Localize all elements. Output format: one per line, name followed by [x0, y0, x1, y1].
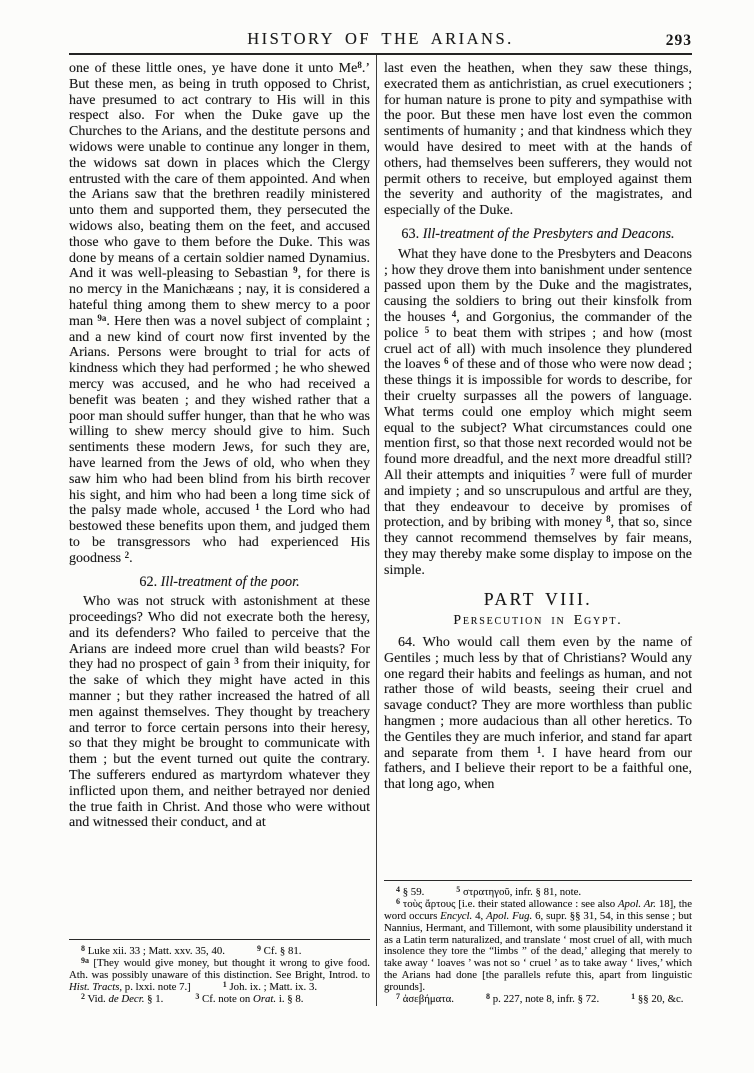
left-footnotes: 8 Luke xii. 33 ; Matt. xxv. 35, 40.9 Cf.…: [69, 939, 370, 1006]
paragraph-section-62: Who was not struck with astonishment at …: [69, 594, 370, 831]
section-title: Ill-treatment of the poor.: [161, 574, 300, 590]
footnote: 7 ἀσεβήματα.8 p. 227, note 8, infr. § 72…: [384, 994, 692, 1006]
page-header: HISTORY OF THE ARIANS. 293: [69, 0, 692, 55]
footnote: 6 τοὺς ἄρτους [i.e. their stated allowan…: [384, 899, 692, 994]
left-column: one of these little ones, ye have done i…: [69, 55, 377, 1006]
header-rule: [69, 53, 692, 55]
page-content: HISTORY OF THE ARIANS. 293 one of these …: [69, 0, 692, 1006]
part-heading: PART VIII.: [384, 592, 692, 608]
section-heading-62: 62. Ill-treatment of the poor.: [69, 575, 370, 591]
paragraph-section-64: 64. Who would call them even by the name…: [384, 635, 692, 793]
right-column: last even the heathen, when they saw the…: [377, 55, 692, 1006]
footnote: 2 Vid. de Decr. § 1.3 Cf. note on Orat. …: [69, 994, 370, 1006]
paragraph-section-63: What they have done to the Presbyters an…: [384, 247, 692, 579]
book-page: HISTORY OF THE ARIANS. 293 one of these …: [0, 0, 754, 1073]
section-number: 62.: [139, 574, 157, 590]
part-subheading: Persecution in Egypt.: [384, 612, 692, 628]
section-heading-63: 63. Ill-treatment of the Presbyters and …: [384, 227, 692, 243]
paragraph-continuation-left: one of these little ones, ye have done i…: [69, 61, 370, 567]
two-column-text-area: one of these little ones, ye have done i…: [69, 55, 692, 1006]
section-number: 63.: [401, 226, 419, 242]
running-head-title: HISTORY OF THE ARIANS.: [69, 29, 692, 49]
paragraph-continuation-right: last even the heathen, when they saw the…: [384, 61, 692, 219]
right-footnotes: 4 § 59.5 στρατηγοῦ, infr. § 81, note. 6 …: [384, 880, 692, 1006]
footnote-rule: [384, 880, 692, 881]
section-title: Ill-treatment of the Presbyters and Deac…: [423, 226, 675, 242]
footnote-rule: [69, 939, 370, 940]
footnote: 9a [They would give money, but thought i…: [69, 958, 370, 994]
page-number: 293: [666, 32, 692, 50]
